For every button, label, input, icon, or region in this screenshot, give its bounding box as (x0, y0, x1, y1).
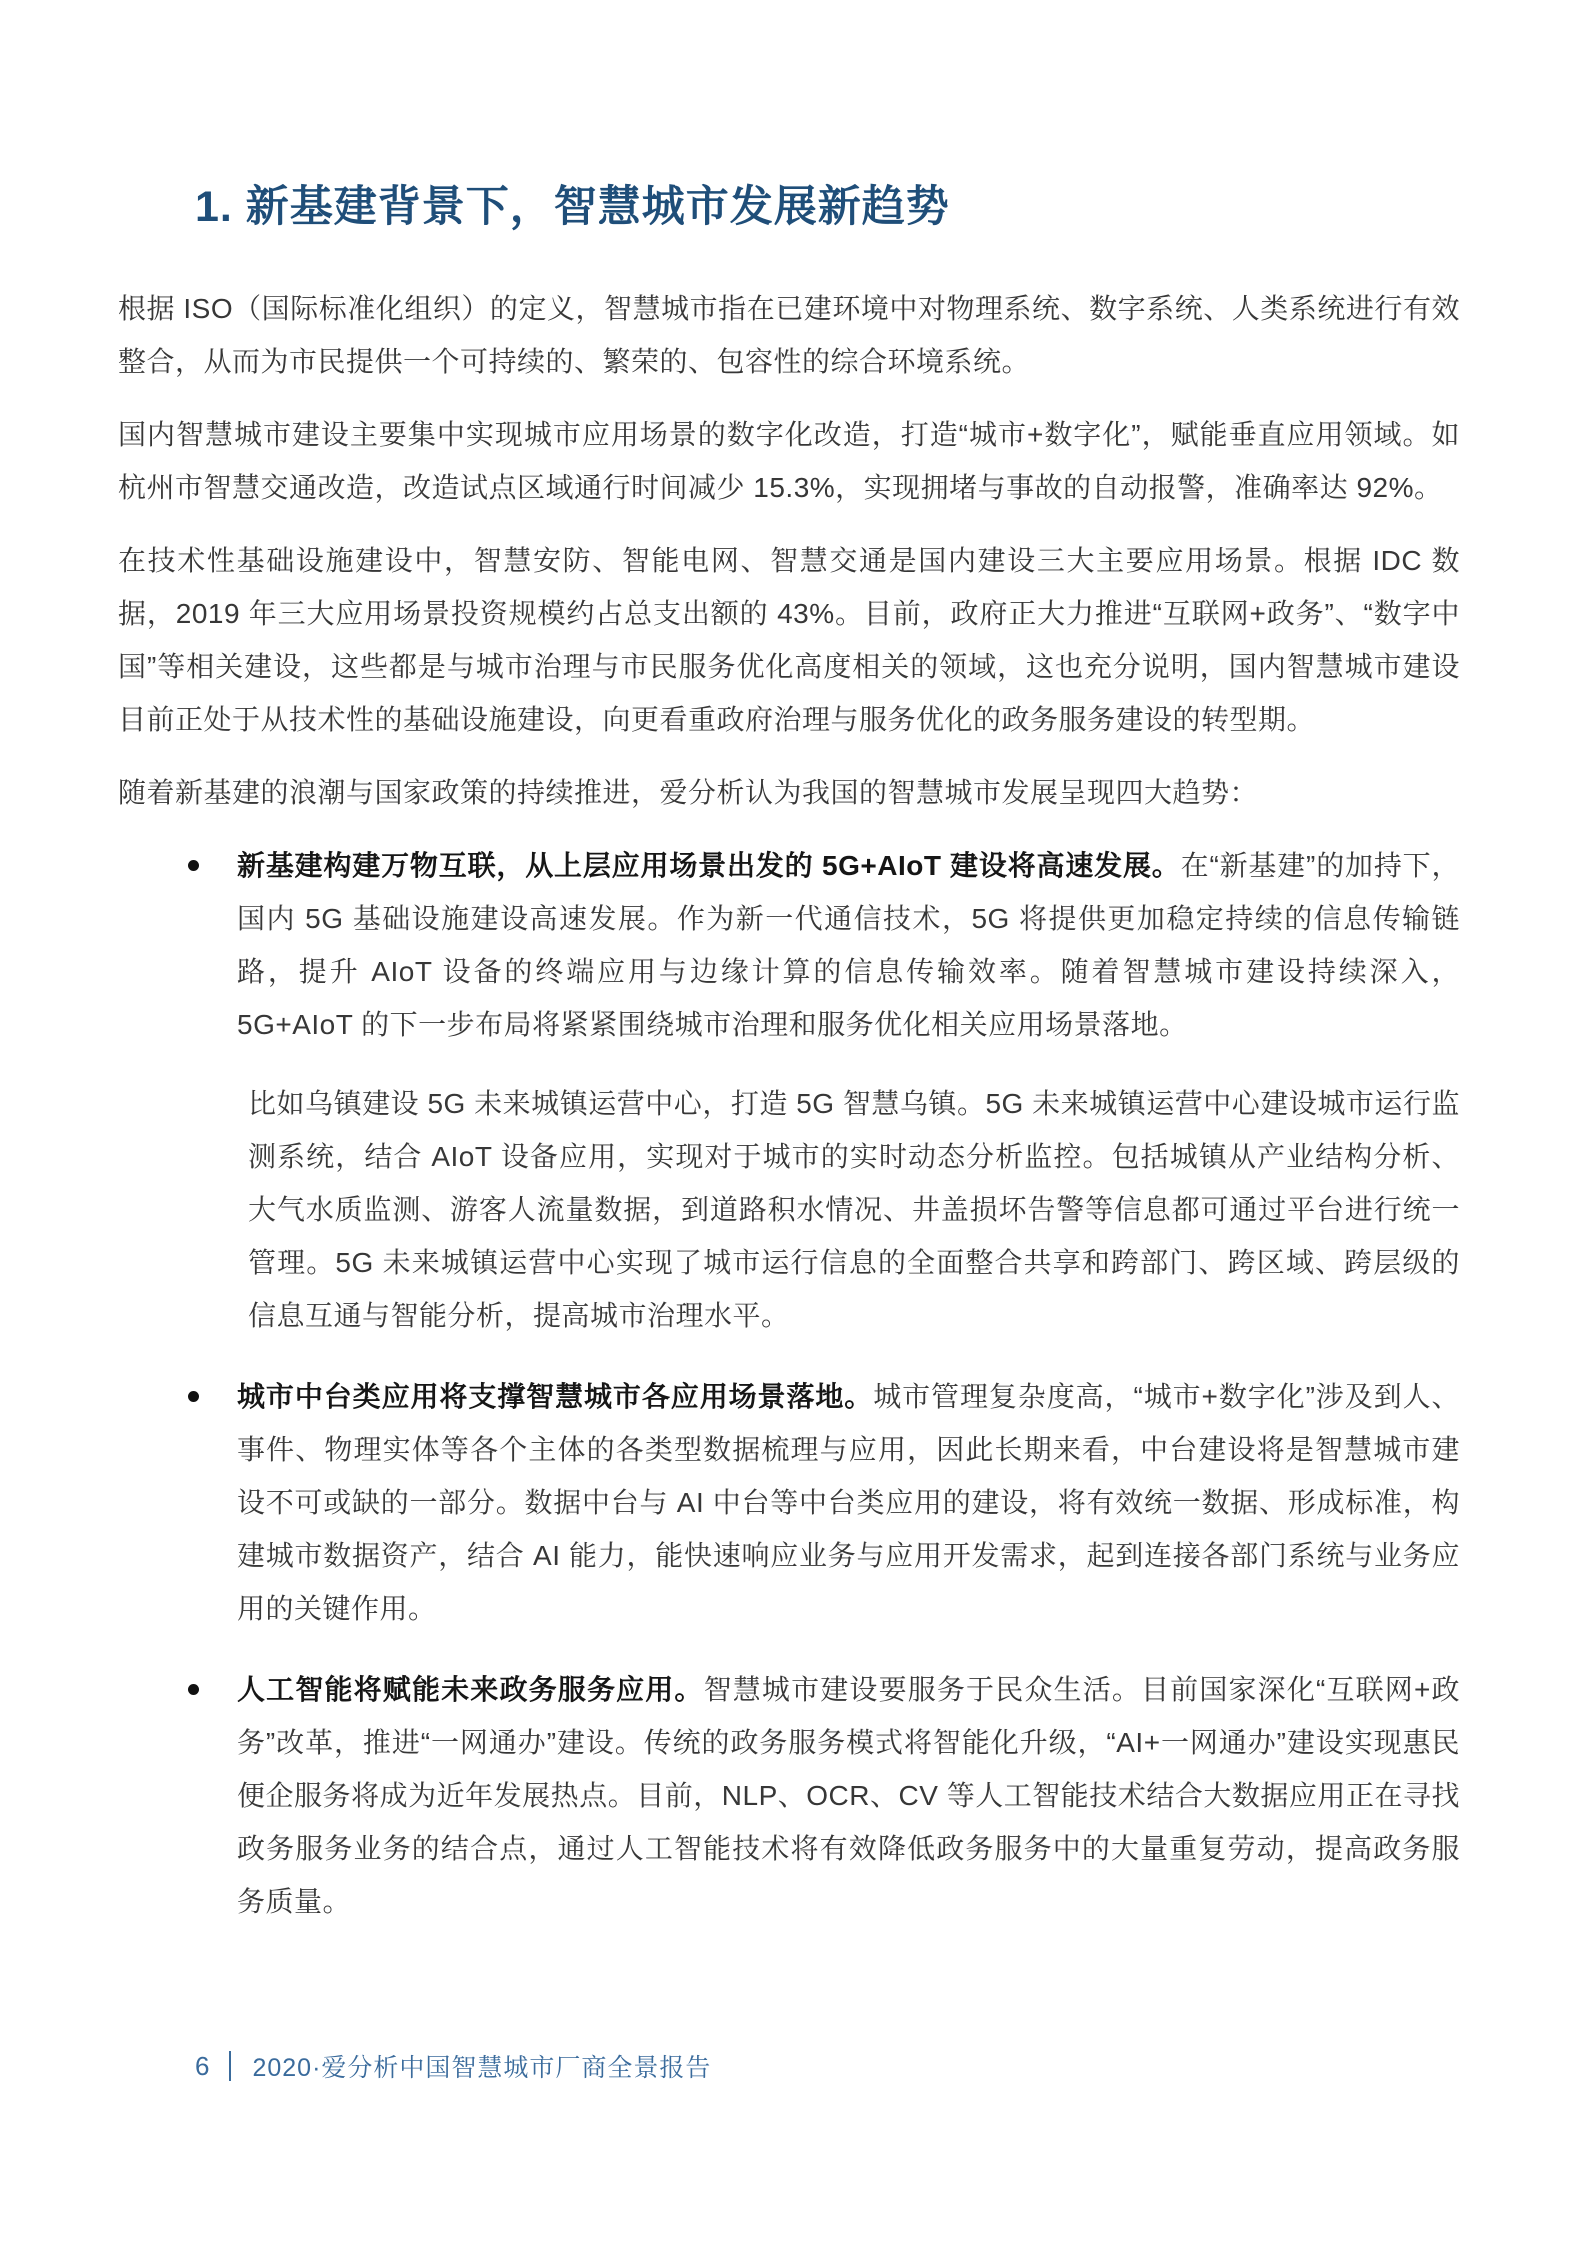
trend-item-city-middleware: 城市中台类应用将支撑智慧城市各应用场景落地。城市管理复杂度高，“城市+数字化”涉… (118, 1370, 1460, 1635)
bullet-dot-icon (188, 1391, 199, 1402)
page-number: 6 (195, 2051, 209, 2082)
footer-report-title: 2020·爱分析中国智慧城市厂商全景报告 (252, 2048, 711, 2084)
section-heading: 1. 新基建背景下，智慧城市发展新趋势 (195, 180, 1460, 234)
page-footer: 6 2020·爱分析中国智慧城市厂商全景报告 (195, 2048, 711, 2084)
intro-paragraph-2: 国内智慧城市建设主要集中实现城市应用场景的数字化改造，打造“城市+数字化”，赋能… (118, 408, 1460, 514)
intro-paragraph-3: 在技术性基础设施建设中，智慧安防、智能电网、智慧交通是国内建设三大主要应用场景。… (118, 534, 1460, 746)
trend-lead: 城市中台类应用将支撑智慧城市各应用场景落地。 (237, 1381, 873, 1412)
trend-body: 城市管理复杂度高，“城市+数字化”涉及到人、事件、物理实体等各个主体的各类型数据… (237, 1381, 1460, 1624)
page-content: 1. 新基建背景下，智慧城市发展新趋势 根据 ISO（国际标准化组织）的定义，智… (118, 0, 1460, 1956)
trend-item-ai-gov-service: 人工智能将赋能未来政务服务应用。智慧城市建设要服务于民众生活。目前国家深化“互联… (118, 1663, 1460, 1928)
intro-paragraph-1: 根据 ISO（国际标准化组织）的定义，智慧城市指在已建环境中对物理系统、数字系统… (118, 282, 1460, 388)
bullet-dot-icon (188, 860, 199, 871)
trend-sub-paragraph: 比如乌镇建设 5G 未来城镇运营中心，打造 5G 智慧乌镇。5G 未来城镇运营中… (248, 1077, 1460, 1342)
trend-body: 智慧城市建设要服务于民众生活。目前国家深化“互联网+政务”改革，推进“一网通办”… (237, 1674, 1460, 1917)
trend-lead: 人工智能将赋能未来政务服务应用。 (237, 1674, 704, 1705)
trend-lead: 新基建构建万物互联，从上层应用场景出发的 5G+AIoT 建设将高速发展。 (237, 850, 1181, 881)
intro-paragraph-4: 随着新基建的浪潮与国家政策的持续推进，爱分析认为我国的智慧城市发展呈现四大趋势： (118, 766, 1460, 819)
footer-separator (229, 2051, 231, 2081)
trend-item-5g-aiot: 新基建构建万物互联，从上层应用场景出发的 5G+AIoT 建设将高速发展。在“新… (118, 839, 1460, 1342)
trend-list: 新基建构建万物互联，从上层应用场景出发的 5G+AIoT 建设将高速发展。在“新… (118, 839, 1460, 1928)
bullet-dot-icon (188, 1684, 199, 1695)
